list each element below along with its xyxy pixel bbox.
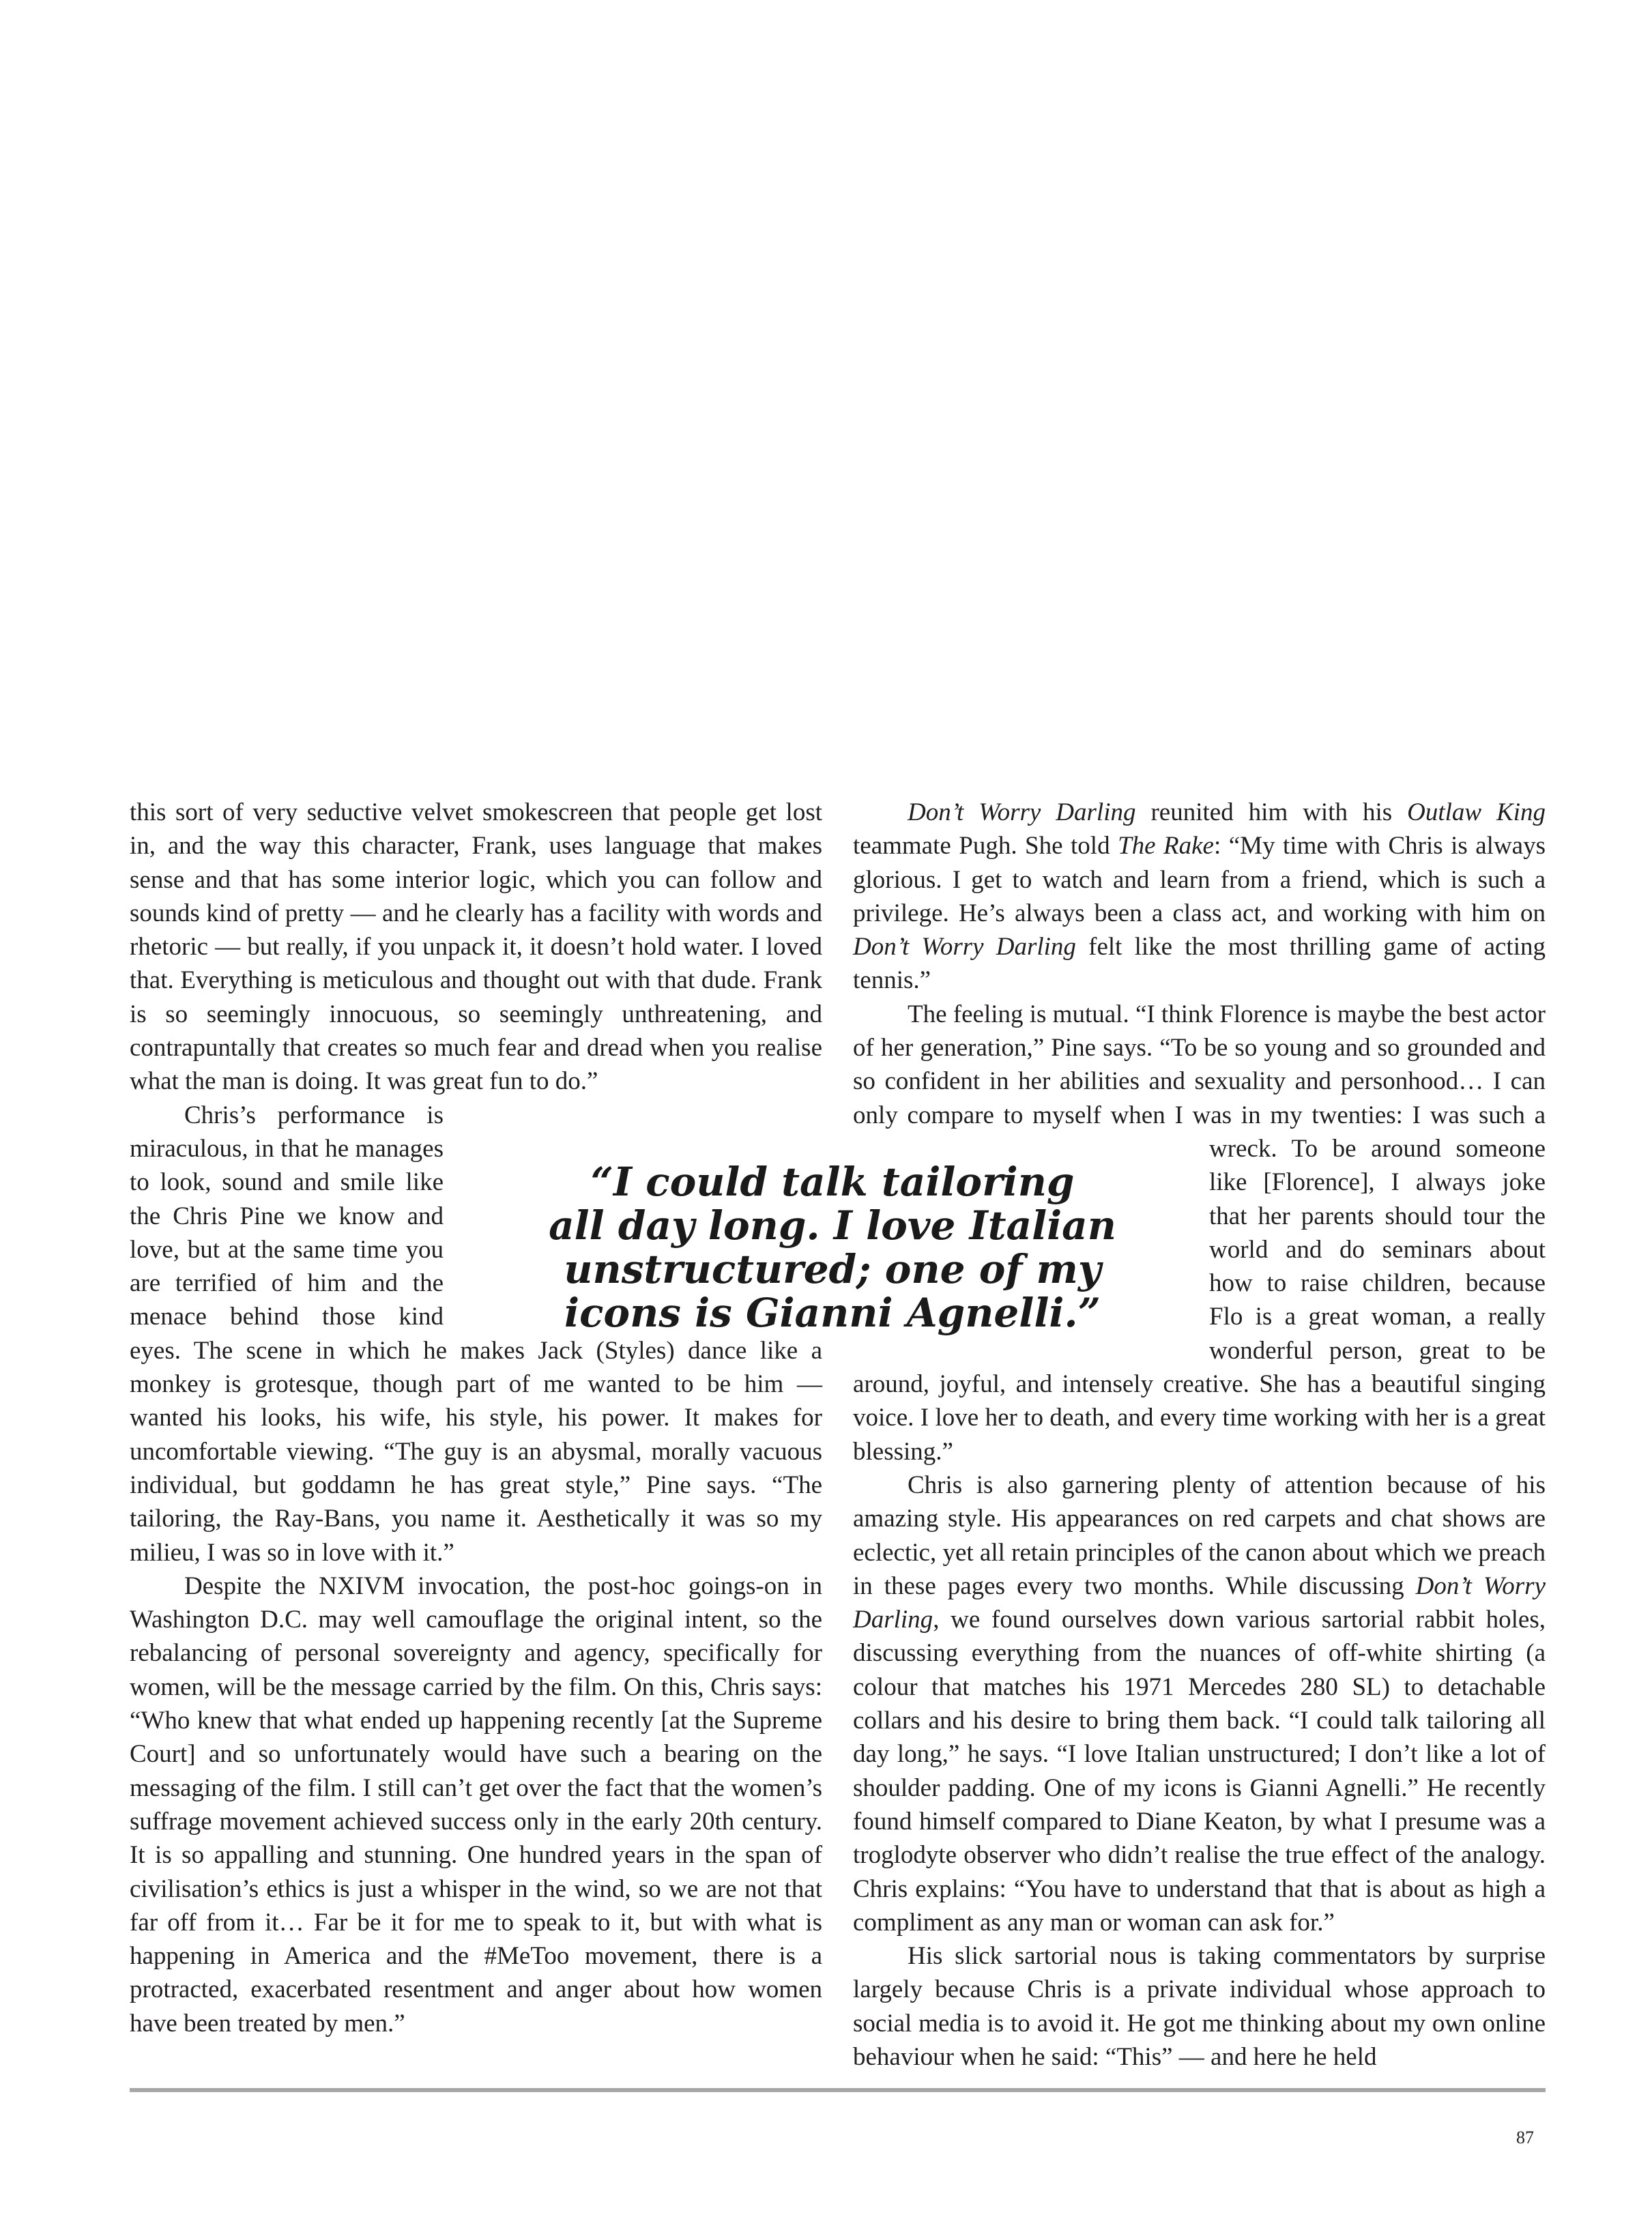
pull-quote: “I could talk tailoring all day long. I …: [491, 1160, 1174, 1335]
footer-rule: [130, 2088, 1546, 2092]
article-column-left: this sort of very seductive velvet smoke…: [130, 796, 822, 2040]
pull-quote-line: unstructured; one of my: [491, 1247, 1174, 1291]
paragraph: His slick sartorial nous is taking comme…: [853, 1939, 1546, 2074]
pull-quote-line: “I could talk tailoring: [491, 1160, 1174, 1204]
publication-title: The Rake: [1118, 832, 1214, 860]
article-column-right: Don’t Worry Darling reunited him with hi…: [853, 796, 1546, 2074]
film-title: Outlaw King: [1407, 798, 1546, 826]
paragraph: Chris is also garnering plenty of attent…: [853, 1468, 1546, 1939]
pull-quote-line: icons is Gianni Agnelli.”: [491, 1291, 1174, 1335]
paragraph: Despite the NXIVM invocation, the post-h…: [130, 1569, 822, 2040]
magazine-page: this sort of very seductive velvet smoke…: [0, 0, 1652, 2217]
film-title: Don’t Worry Darling: [853, 933, 1076, 961]
pull-quote-line: all day long. I love Italian: [491, 1204, 1174, 1247]
film-title: Don’t Worry Darling: [908, 798, 1136, 826]
paragraph: this sort of very seductive velvet smoke…: [130, 796, 822, 1099]
page-number: 87: [1516, 2128, 1534, 2148]
paragraph: Don’t Worry Darling reunited him with hi…: [853, 796, 1546, 998]
